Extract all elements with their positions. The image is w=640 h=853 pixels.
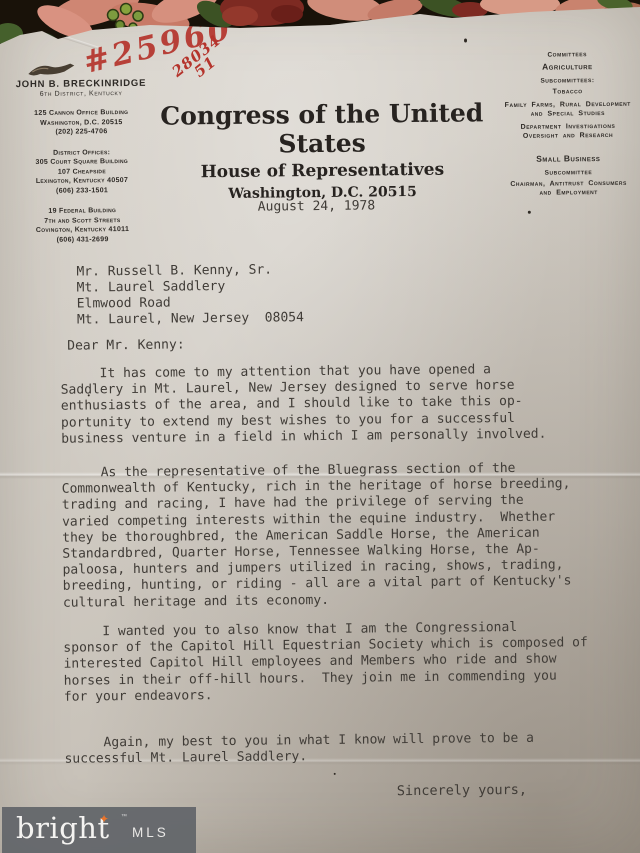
committee-small-business: Small Business (484, 152, 640, 164)
trademark-symbol: ™ (121, 814, 127, 820)
office-washington: 125 Cannon Office Building Washington, D… (9, 108, 154, 138)
office-covington: 19 Federal Building 7th and Scott Street… (10, 206, 155, 246)
member-name: JOHN B. BRECKINRIDGE (8, 78, 153, 91)
letter-date: August 24, 1978 (258, 198, 376, 214)
subcommittee-tobacco: Tobacco (484, 87, 640, 98)
brightmls-suffix: MLS (132, 825, 169, 840)
office-lexington: District Offices: 305 Court Square Build… (9, 147, 154, 196)
masthead-subtitle: House of Representatives (157, 159, 487, 182)
subcommittees-label: Subcommittees: (483, 77, 640, 86)
committee-agriculture: Agriculture (483, 61, 640, 73)
member-address-block: JOHN B. BRECKINRIDGE 6th District, Kentu… (8, 78, 155, 246)
logo-star-icon: ✦ (99, 812, 109, 826)
paragraph-1: It has come to my attention that you hav… (60, 361, 621, 448)
committees-block: Committees Agriculture Subcommittees: To… (483, 51, 640, 199)
paragraph-2: As the representative of the Bluegrass s… (61, 460, 622, 612)
closing-line: Sincerely yours, (397, 782, 527, 799)
subcommittee-label: Subcommittee (484, 168, 640, 177)
salutation: Dear Mr. Kenny: (67, 337, 185, 353)
paper-speck (88, 394, 90, 396)
paper-speck (464, 38, 467, 42)
paragraph-4: Again, my best to you in what I know wil… (64, 730, 624, 768)
letter-paper: #25960 28034 51 JOHN B. BRECKINRIDGE 6th… (0, 0, 640, 853)
subcommittee-family-farms: Family Farms, Rural Development and Spec… (484, 99, 640, 120)
member-district: 6th District, Kentucky (9, 90, 154, 99)
letter-content: #25960 28034 51 JOHN B. BRECKINRIDGE 6th… (0, 0, 640, 853)
paragraph-3: I wanted you to also know that I am the … (63, 619, 624, 706)
paper-speck (528, 211, 531, 214)
masthead-title: Congress of the United States (157, 98, 488, 159)
photo-of-letter: { "annotations": { "catalog_number": "#2… (0, 0, 640, 853)
brightmls-logo: bright ✦ ™ MLS (2, 807, 196, 853)
paper-speck (334, 773, 336, 775)
subcommittee-chairman: Chairman, Antitrust Consumers and Employ… (484, 178, 640, 199)
subcommittee-dept-investigations: Department Investigations Oversight and … (484, 121, 640, 142)
committees-label: Committees (483, 51, 640, 60)
brightmls-wordmark: bright (16, 811, 110, 845)
recipient-address: Mr. Russell B. Kenny, Sr. Mt. Laurel Sad… (76, 262, 304, 328)
congress-masthead: Congress of the United States House of R… (157, 98, 488, 202)
